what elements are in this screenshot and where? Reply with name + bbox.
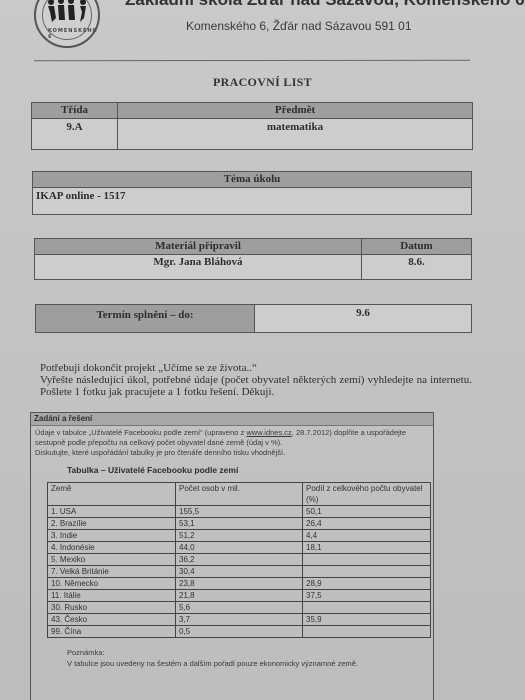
cell-users: 155,5 [176, 506, 303, 518]
deadline-box: Termín splnění – do: 9.6 [35, 304, 472, 333]
facebook-users-table: Země Počet osob v mil. Podíl z celkového… [47, 482, 431, 638]
topic-label: Téma úkolu [33, 172, 471, 188]
children-figures-icon [46, 0, 90, 24]
author-label: Materiál připravil [35, 239, 361, 255]
cell-share[interactable]: 35,9 [303, 614, 431, 626]
intro-line-1: Potřebuji dokončit projekt „Učíme se ze … [40, 362, 472, 374]
logo-ring-text: KOMENSKÉHO 6 [48, 28, 98, 40]
cell-country: 99. Čína [48, 626, 176, 638]
cell-country: 30. Rusko [48, 602, 176, 614]
cell-share[interactable] [303, 554, 431, 566]
cell-country: 43. Česko [48, 614, 176, 626]
instructions-text: Potřebuji dokončit projekt „Učíme se ze … [40, 362, 472, 398]
cell-share[interactable] [303, 566, 431, 578]
cell-users: 21,8 [176, 590, 303, 602]
cell-users: 36,2 [176, 554, 303, 566]
cell-country: 11. Itálie [48, 590, 176, 602]
table-note: Poznámka: V tabulce jsou uvedeny na šest… [67, 647, 358, 669]
table-row: 4. Indonésie44,018,1 [48, 542, 431, 554]
cell-share[interactable] [303, 602, 431, 614]
cell-share[interactable] [303, 626, 431, 638]
class-value: 9.A [32, 119, 117, 133]
cell-users: 0,5 [176, 626, 303, 638]
school-address: Komenského 6, Žďár nad Sázavou 591 01 [186, 19, 412, 33]
cell-country: 10. Německo [48, 578, 176, 590]
column-header: Země [48, 483, 176, 506]
cell-country: 5. Mexiko [48, 554, 176, 566]
table-row: 2. Brazílie53,126,4 [48, 518, 431, 530]
cell-users: 5,6 [176, 602, 303, 614]
cell-share[interactable]: 26,4 [303, 518, 431, 530]
table-row: 99. Čína0,5 [48, 626, 431, 638]
topic-value: IKAP online - 1517 [33, 188, 471, 204]
table-row: 10. Německo23,828,9 [48, 578, 431, 590]
cell-country: 7. Velká Británie [48, 566, 176, 578]
cell-share[interactable]: 28,9 [303, 578, 431, 590]
task-box: Zadání a řešení Údaje v tabulce „Uživate… [30, 412, 434, 700]
source-link[interactable]: www.idnes.cz [246, 428, 291, 437]
cell-country: 1. USA [48, 506, 176, 518]
cell-users: 53,1 [176, 518, 303, 530]
cell-users: 44,0 [176, 542, 303, 554]
column-header: Počet osob v mil. [176, 483, 303, 506]
table-row: 3. Indie51,24,4 [48, 530, 431, 542]
author-box: Materiál připravil Mgr. Jana Bláhová Dat… [34, 238, 472, 280]
table-header-row: Země Počet osob v mil. Podíl z celkového… [48, 483, 431, 506]
cell-users: 30,4 [176, 566, 303, 578]
cell-users: 51,2 [176, 530, 303, 542]
school-logo: KOMENSKÉHO 6 [34, 0, 100, 48]
note-text: V tabulce jsou uvedeny na šestém a další… [67, 658, 358, 669]
table-row: 1. USA155,550,1 [48, 506, 431, 518]
table-title: Tabulka – Uživatelé Facebooku podle zemí [31, 460, 433, 475]
cell-share[interactable]: 50,1 [303, 506, 431, 518]
class-label: Třída [32, 103, 117, 119]
table-row: 5. Mexiko36,2 [48, 554, 431, 566]
task-text: Údaje v tabulce „Uživatelé Facebooku pod… [31, 426, 433, 460]
cell-users: 3,7 [176, 614, 303, 626]
cell-country: 3. Indie [48, 530, 176, 542]
school-name: Základní škola Žďár nad Sázavou, Komensk… [125, 0, 525, 10]
deadline-value: 9.6 [255, 305, 471, 319]
class-subject-box: Třída 9.A Předmět matematika [31, 102, 473, 150]
column-header: Podíl z celkového počtu obyvatel (%) [303, 483, 431, 506]
cell-share[interactable]: 37,5 [303, 590, 431, 602]
header-divider [34, 60, 470, 61]
cell-country: 4. Indonésie [48, 542, 176, 554]
topic-box: Téma úkolu IKAP online - 1517 [32, 171, 472, 215]
cell-share[interactable]: 4,4 [303, 530, 431, 542]
author-value: Mgr. Jana Bláhová [35, 255, 361, 268]
table-row: 7. Velká Británie30,4 [48, 566, 431, 578]
page-title: PRACOVNÍ LIST [0, 75, 525, 90]
note-label: Poznámka: [67, 647, 358, 658]
date-value: 8.6. [362, 255, 471, 268]
task-discussion: Diskutujte, které uspořádání tabulky je … [35, 448, 285, 457]
intro-line-2: Vyřešte následující úkol, potřebné údaje… [40, 374, 472, 398]
cell-share[interactable]: 18,1 [303, 542, 431, 554]
subject-label: Předmět [118, 103, 472, 119]
deadline-label: Termín splnění – do: [36, 305, 254, 321]
table-row: 43. Česko3,735,9 [48, 614, 431, 626]
table-row: 11. Itálie21,837,5 [48, 590, 431, 602]
table-row: 30. Rusko5,6 [48, 602, 431, 614]
task-header: Zadání a řešení [31, 413, 433, 426]
subject-value: matematika [118, 119, 472, 133]
cell-country: 2. Brazílie [48, 518, 176, 530]
cell-users: 23,8 [176, 578, 303, 590]
date-label: Datum [362, 239, 471, 255]
